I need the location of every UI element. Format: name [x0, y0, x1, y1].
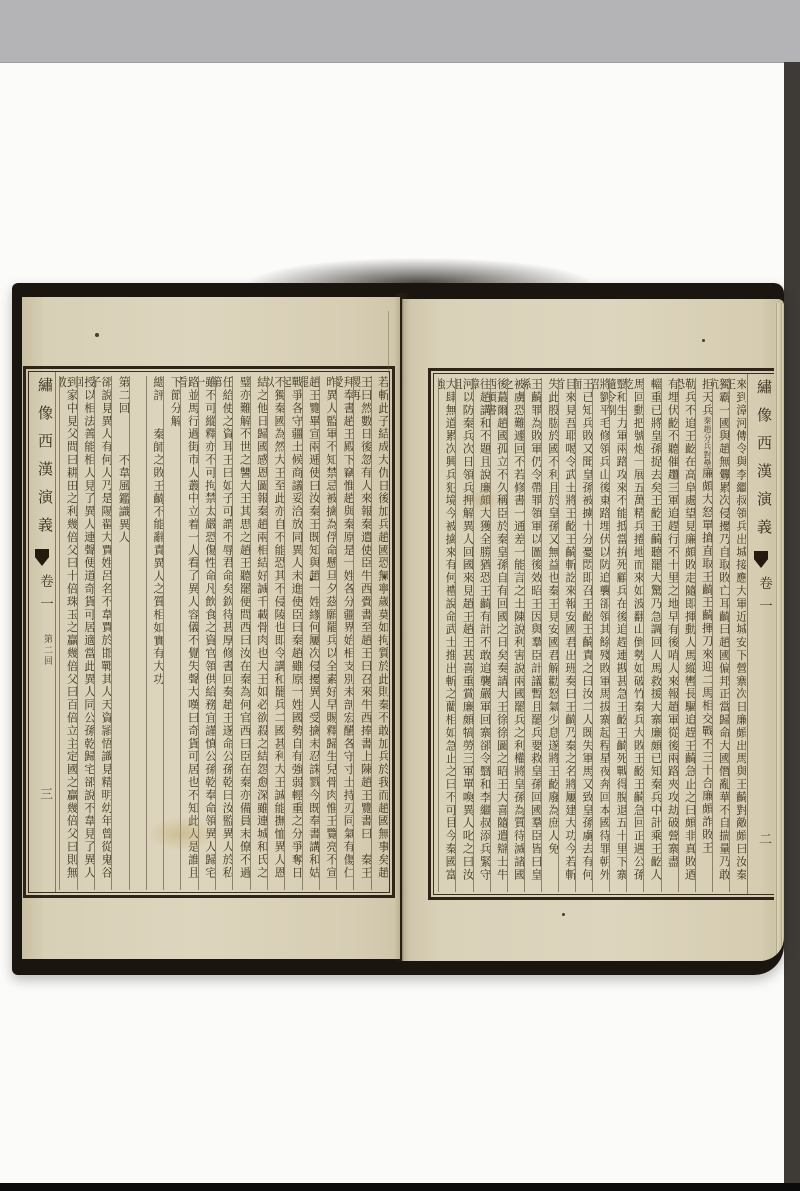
- right-page: 來到漳河傳令與李繼叔領兵出城接應大軍近城安下營寨次日廉頗出馬與王齮對敵頗曰汝秦王…: [402, 299, 784, 961]
- text-column: 翳和生力軍兩路攻來不能抵當拚死顧兵在後追趕連戡甚急王齕王齮死戰得脫退五十里下寨隨…: [609, 378, 626, 892]
- text-column: 獨霸一國與趙無釁累次侵擾乃自取敗亡耳齮曰趙國偏邦正當歸命大國僭亂華不自揣量乃敢抗: [712, 378, 729, 892]
- text-column: 戰爭各守疆土候商議妥洽放同異人未進使臣曰秦趙雖原一姓國勢自有強弱輕重之分爭奪日起: [284, 376, 301, 890]
- text-column: 不獨秦國為然大王至此亦自不能恐其不侵陵也即令講和罷兵二國甚利大王誠能撫恤異人恩以: [267, 376, 284, 890]
- text-column: 後蕞爾趙國孤立不久稱臣於秦皇孫自有回國之日矣奏請大王徐徐圖之昭王大喜隨遣辯士牛西…: [490, 378, 507, 892]
- text-column: 下節分解: [163, 376, 180, 890]
- text-column: 王曰然數日後忽有人來報秦遣使臣牛西賫書至趙王曰召來牛西捧書上陳趙王覽書曰秦王稷再: [353, 376, 370, 890]
- text-column: 總評秦師之敗王齮不能辭責異人之質相如實有大功: [146, 376, 163, 890]
- text-column: 璧亦難解不世之讐大王其思之趙王聽罷便問西曰汝在秦為何官西曰臣在秦亦備員末僚不過: [232, 376, 249, 890]
- wormhole-speck: [95, 333, 99, 337]
- text-column: 若斬此子結成大仇日後加兵趙國恐無寧歲莫如拘質於此則秦不敢加兵於我而趙國無事矣趙: [371, 376, 388, 890]
- text-column: 將劉平毛修領兵山後東路埋伏以防追襲卻領其餘殘敗軍馬拔寨起程星夜奔回本國待罪朝外昭: [592, 378, 609, 892]
- text-column: 輜重已將皇孫捉去矣王齕王齮聽罷大驚乃急調回人馬救援大寨廉頗已知秦兵中計乘王齕人: [643, 378, 660, 892]
- text-column: 勒兵不追王齕在高阜處望見廉頗敗走隨即揮動人馬縱轡長驅追趕王齮急止之曰頗非真敗迺恐: [678, 378, 695, 892]
- text-column: 到家中見父問曰耕田之利幾倍父曰十倍珠玉之贏幾倍父曰百倍立主定國之贏幾倍父曰則無數: [59, 376, 76, 890]
- text-column: 有埋伏齕不聽催趲三軍追趕行不十里之地早有後哨人來報趙軍從後兩路夾攻劫破營寨盡: [661, 378, 678, 892]
- text-column: 趙王覽畢宣兩逓使曰汝秦王既知與趙一姓緣何屢次侵擾異人受擒未忍誅戮今既奉書講和姑罷: [302, 376, 319, 890]
- book-title: 繡像西漢演義: [753, 374, 774, 547]
- text-column: 馬回動把號炮一展五萬精兵捲地而來如波翻山倒勢如破竹秦兵大敗王齕王齮急回正遇公孫乾: [626, 378, 643, 892]
- text-column: 郤說見異人有何人乃是陽翟大賈姓呂名不韋賈於邯鄲其人天資頴悟識見精明幼年曾從鬼谷子: [94, 376, 111, 890]
- text-column: 昨異人監軍不知禁忌被擒為俘命懸旦夕茲願罷兵以全素好早賜釋歸生兒骨肉惟王覽亮不宣: [319, 376, 336, 890]
- text-column: 王已知兵敗又聞皇孫被擄十分憂悶即召王齕王齮責之曰汝二人既失軍馬又致皇孫虜去有何面: [575, 378, 592, 892]
- text-column: 被虜恐難遽回不若修書一通差一能言之士陳說利害說兩國罷兵之利權將皇孫為質待滅諸國之: [507, 378, 524, 892]
- fishtail-icon: [754, 551, 768, 568]
- right-page-number: 二: [748, 832, 774, 845]
- left-page: 繡像西漢演義 卷一 第二回 三 若斬此子結成大仇日後加兵趙國恐無寧歲莫如拘質於此…: [22, 297, 400, 959]
- text-column: 授以相法善能相人見了異人連聲便道奇貨可居適當此異人同公孫乾歸宅郤說不韋見了異人回: [77, 376, 94, 890]
- header-band: [0, 0, 800, 63]
- text-column: 目來見吾耶喝令武士將王齕王齮斬訖來報安國君出班奏曰王齮乃秦之名將屢建大功今若斬首: [558, 378, 575, 892]
- text-column: 河以防秦兵次日領兵押解異人回國來見趙王趙王甚喜重賞廉頗犒勞三軍單喚異人叱之曰汝祖: [455, 378, 472, 892]
- spine-gutter-shadow: [394, 293, 410, 961]
- text-column: 失此股肱於國不利且於皇孫又無益也秦王見安國君解勸怒氣少息遂將王齕廢為庶人免: [541, 378, 558, 892]
- text-column: 拒天兵秦趙分兵對壘廉頗大怒單搶直取王齮王齮揮刀來迎二馬相交戰不三十合廉頗詐敗王: [695, 378, 712, 892]
- left-page-number: 三: [29, 787, 55, 800]
- wormhole-speck: [562, 913, 565, 916]
- left-text-columns: 若斬此子結成大仇日後加兵趙國恐無寧歲莫如拘質於此則秦不敢加兵於我而趙國無事矣趙王…: [56, 372, 389, 892]
- text-column: 來到漳河傳令與李繼叔領兵出城接應大軍近城安下營寨次日廉頗出馬與王齮對敵頗曰汝秦王: [729, 378, 746, 892]
- right-banxin-strip: 繡像西漢演義 卷一 二: [747, 374, 774, 894]
- wormhole-speck: [310, 578, 313, 581]
- book-title: 繡像西漢演義: [34, 372, 55, 545]
- text-column: 結之他日歸國感恩圖報秦趙兩相結好誠千載骨肉也大王如必欲殺之結怨愈深雖連城和氏之: [250, 376, 267, 890]
- text-column: 大肆無道累次興兵犯境今被擒來有何禮說命武士推出斬之藺相如急止之曰不可目今秦國富強: [438, 378, 455, 892]
- fishtail-icon: [35, 549, 49, 566]
- bottom-bar: [0, 1183, 800, 1191]
- book-spread: 繡像西漢演義 卷一 第二回 三 若斬此子結成大仇日後加兵趙國恐無寧歲莫如拘質於此…: [12, 283, 784, 975]
- left-banxin-strip: 繡像西漢演義 卷一 第二回 三: [29, 372, 56, 892]
- text-column: 路並馬行過街市人叢中立着一人看了異人容儀不覺失聲大嘆曰奇貨可居也不知此人是誰且看: [180, 376, 197, 890]
- text-column: 第二回不韋風鑑識異人: [111, 376, 128, 890]
- book-top-shadow: [250, 258, 590, 284]
- wormhole-speck: [702, 339, 705, 342]
- text-column: 雖不可縱釋亦不可拘禁太嚴恐傷性命凡飲食之資官領供給務宜謹慎公孫乾奉命領異人歸宅一: [198, 376, 215, 890]
- wormhole-speck: [383, 575, 386, 579]
- text-column: 拜奉書趙王殿下竊惟趙與秦原是一姓各分疆界始相支別未剖宏醼各守寸土持刃同氣有傷仁愛: [336, 376, 353, 890]
- right-text-columns: 來到漳河傳令與李繼叔領兵出城接應大軍近城安下營寨次日廉頗出馬與王齮對敵頗曰汝秦王…: [434, 374, 747, 894]
- photo-backdrop-right-strip: [784, 62, 800, 1183]
- chapter-label: 第二回: [29, 634, 55, 667]
- page-fore-edge: [774, 303, 783, 955]
- right-text-block: 來到漳河傳令與李繼叔領兵出城接應大軍近城安下營寨次日廉頗出馬與王齮對敵頗曰汝秦王…: [428, 368, 780, 900]
- left-text-block: 繡像西漢演義 卷一 第二回 三 若斬此子結成大仇日後加兵趙國恐無寧歲莫如拘質於此…: [23, 366, 395, 898]
- text-column: [129, 376, 146, 890]
- text-column: 王齮罪為敗軍仍令帶罪領軍以圖後效昭王因與羣臣計議暫且罷兵要救皇孫回國羣臣皆曰皇孫: [524, 378, 541, 892]
- volume-label: 卷一: [29, 574, 55, 619]
- text-column: 往趙講和不題且說廉頗大獲全勝猶恐王齮有計不敢追襲嚴軍回寨郤令翳和李繼叔添兵緊守漳: [473, 378, 490, 892]
- text-column: 任給使之資耳王曰如子可謂不辱君命矣欽待甚厚修書回奏趙王遂命公孫乾曰汝監異人於私第: [215, 376, 232, 890]
- fold-crease: [388, 311, 389, 373]
- volume-label: 卷一: [748, 576, 774, 621]
